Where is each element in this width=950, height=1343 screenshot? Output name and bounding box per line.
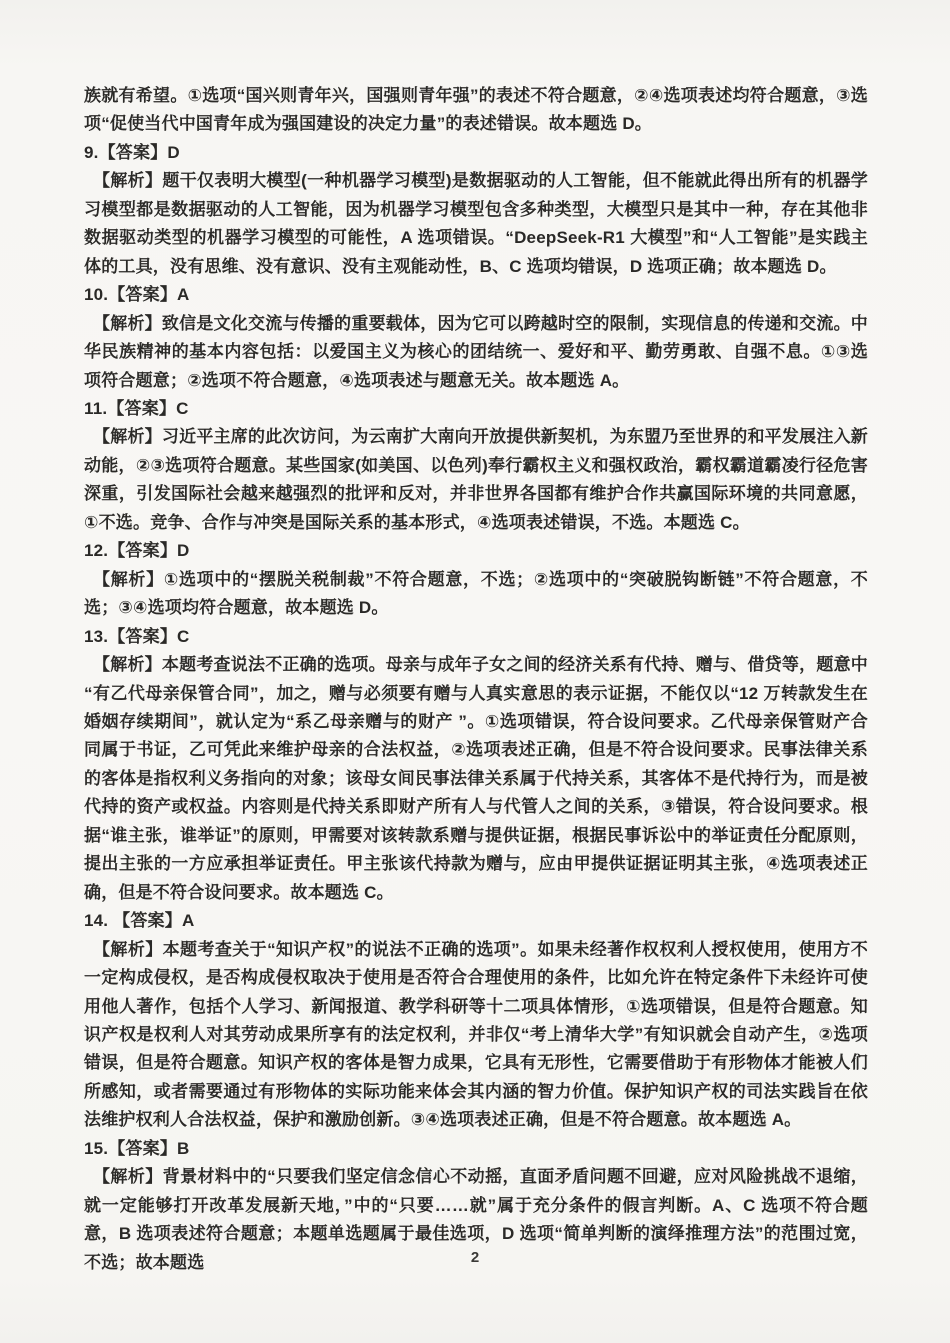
- continuation-paragraph: 族就有希望。①选项“国兴则青年兴，国强则青年强”的表述不符合题意，②④选项表述均…: [84, 82, 868, 139]
- explanation-q14: 【解析】本题考查关于“知识产权”的说法不正确的选项”。如果未经著作权权利人授权使…: [84, 936, 868, 1135]
- explanation-q11: 【解析】习近平主席的此次访问，为云南扩大南向开放提供新契机，为东盟乃至世界的和平…: [84, 423, 868, 537]
- scanned-answer-page: 族就有希望。①选项“国兴则青年兴，国强则青年强”的表述不符合题意，②④选项表述均…: [0, 0, 950, 1343]
- answer-heading-q15: 15.【答案】B: [84, 1135, 868, 1163]
- explanation-q13: 【解析】本题考查说法不正确的选项。母亲与成年子女之间的经济关系有代持、赠与、借贷…: [84, 651, 868, 907]
- page-number: 2: [0, 1249, 950, 1266]
- answer-heading-q9: 9.【答案】D: [84, 139, 868, 167]
- answer-heading-q14: 14. 【答案】A: [84, 907, 868, 935]
- answer-heading-q11: 11.【答案】C: [84, 395, 868, 423]
- answer-heading-q12: 12.【答案】D: [84, 537, 868, 565]
- explanation-q10: 【解析】致信是文化交流与传播的重要载体，因为它可以跨越时空的限制，实现信息的传递…: [84, 310, 868, 395]
- explanation-q12: 【解析】①选项中的“摆脱关税制裁”不符合题意，不选；②选项中的“突破脱钩断链”不…: [84, 566, 868, 623]
- explanation-q9: 【解析】题干仅表明大模型(一种机器学习模型)是数据驱动的人工智能，但不能就此得出…: [84, 167, 868, 281]
- answer-heading-q13: 13.【答案】C: [84, 623, 868, 651]
- answer-key-content: 族就有希望。①选项“国兴则青年兴，国强则青年强”的表述不符合题意，②④选项表述均…: [84, 82, 868, 1277]
- answer-heading-q10: 10.【答案】A: [84, 281, 868, 309]
